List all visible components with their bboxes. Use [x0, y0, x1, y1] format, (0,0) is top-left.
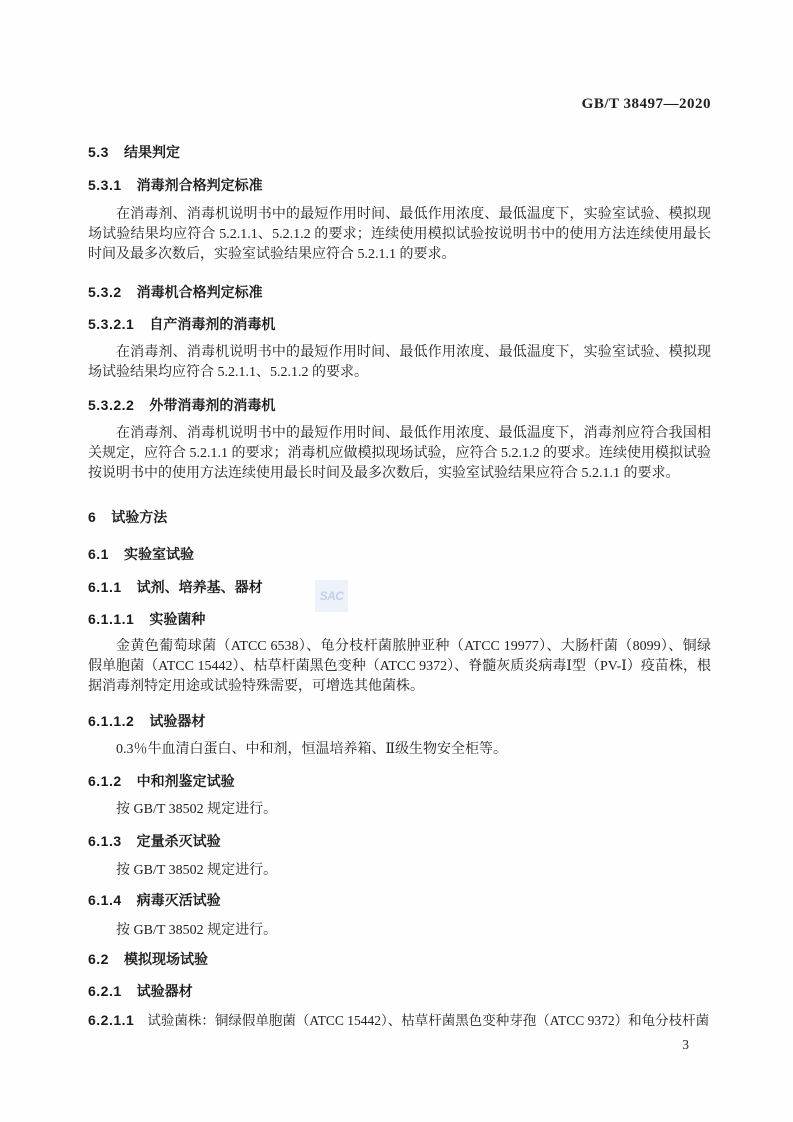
- heading-title: 实验菌种: [149, 610, 205, 628]
- paragraph-5-3-1: 在消毒剂、消毒机说明书中的最短作用时间、最低作用浓度、最低温度下，实验室试验、模…: [88, 205, 711, 265]
- heading-6-1-1: 6.1.1 试剂、培养基、器材: [88, 578, 711, 596]
- paragraph-5-3-2-1: 在消毒剂、消毒机说明书中的最短作用时间、最低作用浓度、最低温度下，实验室试验、模…: [88, 343, 711, 383]
- heading-5-3: 5.3 结果判定: [88, 143, 711, 161]
- heading-5-3-2-1: 5.3.2.1 自产消毒剂的消毒机: [88, 315, 711, 333]
- heading-number: 6.1.1.1: [88, 610, 134, 628]
- heading-number: 6.1.1.2: [88, 712, 134, 730]
- heading-6-1-3: 6.1.3 定量杀灭试验: [88, 832, 711, 850]
- heading-title: 自产消毒剂的消毒机: [149, 315, 275, 333]
- heading-5-3-1: 5.3.1 消毒剂合格判定标准: [88, 176, 711, 194]
- paragraph-6-1-4: 按 GB/T 38502 规定进行。: [88, 921, 711, 941]
- heading-6-1-4: 6.1.4 病毒灭活试验: [88, 891, 711, 909]
- document-page: SAC GB/T 38497—2020 5.3 结果判定 5.3.1 消毒剂合格…: [0, 0, 793, 1122]
- heading-number: 6.2: [88, 950, 109, 968]
- heading-6: 6 试验方法: [88, 508, 711, 526]
- heading-number: 5.3.2.1: [88, 315, 134, 333]
- clause-6-2-1-1: 6.2.1.1 试验菌株：铜绿假单胞菌（ATCC 15442）、枯草杆菌黑色变种…: [88, 1011, 711, 1031]
- heading-5-3-2: 5.3.2 消毒机合格判定标准: [88, 283, 711, 301]
- heading-title: 试验器材: [149, 712, 205, 730]
- paragraph-6-1-1-2: 0.3％牛血清白蛋白、中和剂，恒温培养箱、Ⅱ级生物安全柜等。: [88, 740, 711, 760]
- heading-title: 实验室试验: [124, 545, 194, 563]
- heading-number: 6.1.4: [88, 891, 122, 909]
- heading-title: 试剂、培养基、器材: [137, 578, 263, 596]
- heading-title: 病毒灭活试验: [137, 891, 221, 909]
- standard-number-header: GB/T 38497—2020: [88, 95, 711, 113]
- heading-number: 6.1: [88, 545, 109, 563]
- page-content: GB/T 38497—2020 5.3 结果判定 5.3.1 消毒剂合格判定标准…: [88, 95, 711, 1054]
- heading-5-3-2-2: 5.3.2.2 外带消毒剂的消毒机: [88, 396, 711, 414]
- heading-title: 外带消毒剂的消毒机: [149, 396, 275, 414]
- paragraph-6-1-1-1: 金黄色葡萄球菌（ATCC 6538）、龟分枝杆菌脓肿亚种（ATCC 19977）…: [88, 637, 711, 697]
- heading-6-2: 6.2 模拟现场试验: [88, 950, 711, 968]
- heading-title: 结果判定: [124, 143, 180, 161]
- heading-number: 5.3.1: [88, 176, 122, 194]
- heading-number: 5.3: [88, 143, 109, 161]
- heading-title: 试验方法: [111, 508, 167, 526]
- heading-title: 中和剂鉴定试验: [137, 772, 235, 790]
- clause-text: 试验菌株：铜绿假单胞菌（ATCC 15442）、枯草杆菌黑色变种芽孢（ATCC …: [147, 1011, 709, 1031]
- heading-number: 6.1.1: [88, 578, 122, 596]
- heading-6-1-1-2: 6.1.1.2 试验器材: [88, 712, 711, 730]
- heading-number: 6.2.1: [88, 982, 122, 1000]
- clause-number: 6.2.1.1: [88, 1012, 134, 1028]
- heading-6-1-2: 6.1.2 中和剂鉴定试验: [88, 772, 711, 790]
- paragraph-6-1-2: 按 GB/T 38502 规定进行。: [88, 800, 711, 820]
- heading-title: 试验器材: [137, 982, 193, 1000]
- heading-number: 5.3.2: [88, 283, 122, 301]
- paragraph-5-3-2-2: 在消毒剂、消毒机说明书中的最短作用时间、最低作用浓度、最低温度下，消毒剂应符合我…: [88, 424, 711, 484]
- heading-title: 定量杀灭试验: [137, 832, 221, 850]
- page-number: 3: [88, 1036, 711, 1054]
- heading-6-1: 6.1 实验室试验: [88, 545, 711, 563]
- heading-title: 模拟现场试验: [124, 950, 208, 968]
- heading-title: 消毒剂合格判定标准: [137, 176, 263, 194]
- heading-6-1-1-1: 6.1.1.1 实验菌种: [88, 610, 711, 628]
- paragraph-6-1-3: 按 GB/T 38502 规定进行。: [88, 861, 711, 881]
- heading-number: 6.1.2: [88, 772, 122, 790]
- heading-title: 消毒机合格判定标准: [137, 283, 263, 301]
- heading-6-2-1: 6.2.1 试验器材: [88, 982, 711, 1000]
- heading-number: 6.1.3: [88, 832, 122, 850]
- heading-number: 6: [88, 508, 96, 526]
- heading-number: 5.3.2.2: [88, 396, 134, 414]
